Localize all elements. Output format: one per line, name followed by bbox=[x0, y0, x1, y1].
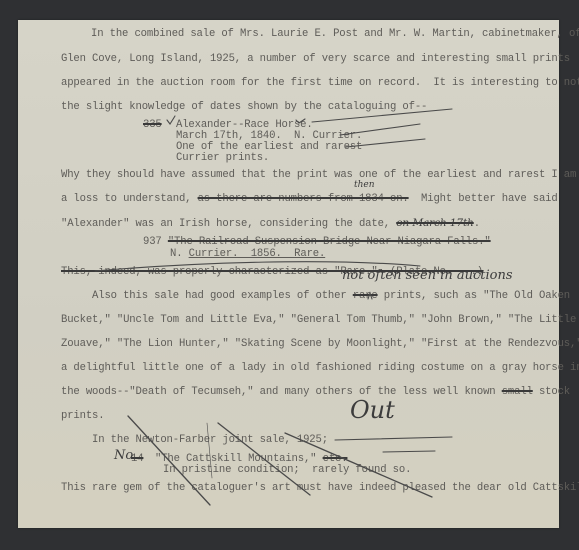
paragraph-1-line-3: appeared in the auction room for the fir… bbox=[61, 77, 579, 89]
handwritten-no: No. bbox=[114, 448, 137, 463]
entry-1-number: 335 bbox=[143, 119, 162, 131]
paragraph-3-line-1-end: prints, such as "The Old Oaken bbox=[378, 290, 570, 302]
paragraph-5: This rare gem of the cataloguer's art mu… bbox=[61, 482, 579, 494]
paragraph-3-line-1: Also this sale had good examples of othe… bbox=[61, 290, 570, 302]
paragraph-4: In the Newton-Farber joint sale, 1925; bbox=[61, 434, 328, 446]
paragraph-3-line-5: the woods--"Death of Tecumseh," and many… bbox=[61, 386, 570, 398]
paragraph-3-line-2: Bucket," "Uncle Tom and Little Eva," "Ge… bbox=[61, 314, 576, 326]
entry-1-line-4: Currier prints. bbox=[176, 152, 269, 164]
paragraph-2-line-3: "Alexander" was an Irish horse, consider… bbox=[61, 217, 480, 230]
struck-text: as there are numbers from 1834 on. bbox=[198, 193, 409, 205]
paragraph-2-line-2-end: Might better have said bbox=[409, 193, 558, 205]
entry-2-title: "The Railroad Suspension Bridge Near Nia… bbox=[168, 236, 491, 248]
paragraph-3-line-5-end: stock bbox=[533, 386, 570, 398]
struck-word: rare bbox=[353, 290, 378, 302]
entry-2-details: Currier. 1856. Rare. bbox=[189, 248, 326, 260]
paragraph-3-line-3: Zouave," "The Lion Hunter," "Skating Sce… bbox=[61, 338, 579, 350]
paragraph-2-line-3-start: "Alexander" was an Irish horse, consider… bbox=[61, 218, 396, 230]
handwritten-insertion: not often seen in auctions bbox=[342, 268, 513, 283]
entry-2-number: 937 bbox=[143, 236, 162, 248]
entry-3-line-2: In pristine condition; rarely found so. bbox=[163, 464, 411, 476]
paragraph-3-line-6: prints. bbox=[61, 410, 104, 422]
paragraph-1-line-4: the slight knowledge of dates shown by t… bbox=[61, 101, 427, 113]
paragraph-2-line-2-start: a loss to understand, bbox=[61, 193, 198, 205]
handwritten-then: then bbox=[354, 180, 375, 190]
paragraph-2-line-1: Why they should have assumed that the pr… bbox=[61, 169, 579, 181]
handwritten-out: Out bbox=[350, 396, 395, 424]
paragraph-2-line-2: a loss to understand, as there are numbe… bbox=[61, 193, 558, 205]
entry-2-line-1: 937 "The Railroad Suspension Bridge Near… bbox=[143, 236, 491, 248]
paragraph-2-line-3-end: . bbox=[474, 218, 480, 230]
struck-handwritten-text: on March 17th bbox=[396, 217, 474, 229]
entry-2-prefix: N. bbox=[170, 248, 189, 260]
struck-word: small bbox=[502, 386, 533, 398]
typewritten-page: In the combined sale of Mrs. Laurie E. P… bbox=[18, 20, 559, 528]
paragraph-3-line-4: a delightful little one of a lady in old… bbox=[61, 362, 579, 374]
paragraph-1-line-1: In the combined sale of Mrs. Laurie E. P… bbox=[91, 28, 579, 40]
paragraph-3-line-5-start: the woods--"Death of Tecumseh," and many… bbox=[61, 386, 502, 398]
paragraph-3-line-1-start: Also this sale had good examples of othe… bbox=[61, 290, 353, 302]
entry-2-line-2: N. Currier. 1856. Rare. bbox=[170, 248, 325, 260]
paragraph-1-line-2: Glen Cove, Long Island, 1925, a number o… bbox=[61, 53, 570, 65]
